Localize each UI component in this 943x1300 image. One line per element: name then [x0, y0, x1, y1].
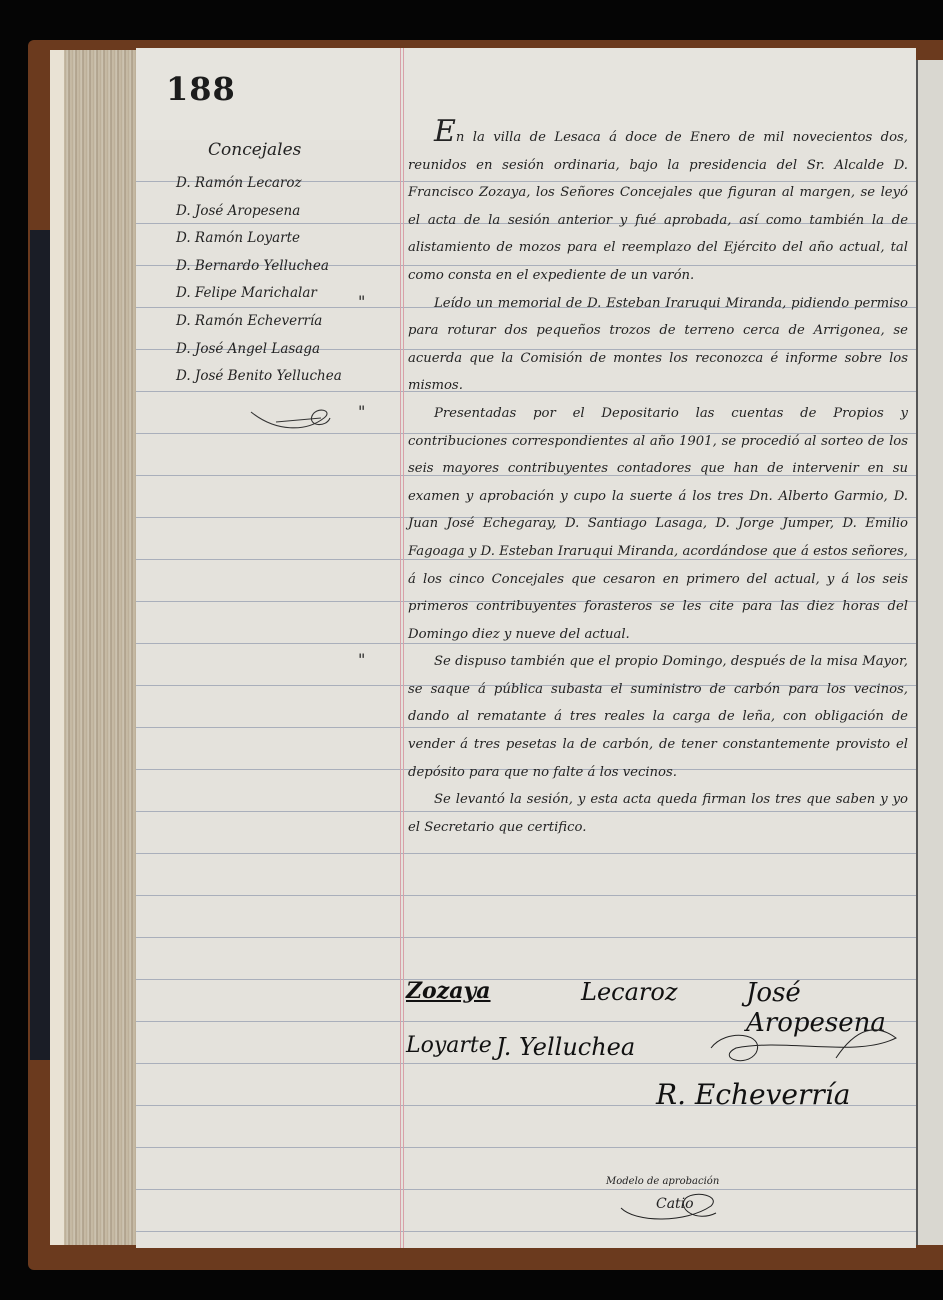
margin-rule-secondary [403, 48, 404, 1248]
council-member: D. José Benito Yelluchea [176, 363, 342, 391]
ditto-mark: " [358, 292, 365, 311]
paragraph-text: Leído un memorial de D. Esteban Iraruqui… [408, 290, 908, 400]
paragraph: Se levantó la sesión, y esta acta queda … [408, 786, 908, 841]
council-member: D. José Angel Lasaga [176, 336, 342, 364]
council-member: D. José Aropesena [176, 198, 342, 226]
ledger-page: 188 Concejales D. Ramón Lecaroz D. José … [136, 48, 916, 1248]
council-member: D. Ramón Loyarte [176, 225, 342, 253]
signature: Zozaya [406, 978, 491, 1004]
margin-rule [400, 48, 401, 1248]
approval-note: Modelo de aprobación [606, 1176, 719, 1187]
council-members-list: D. Ramón Lecaroz D. José Aropesena D. Ra… [176, 170, 342, 391]
paragraph-text: En la villa de Lesaca á doce de Enero de… [408, 118, 908, 290]
council-member: D. Bernardo Yelluchea [176, 253, 342, 281]
signature: Lecaroz [581, 978, 677, 1006]
council-member: D. Ramón Lecaroz [176, 170, 342, 198]
council-member: D. Felipe Marichalar [176, 280, 342, 308]
paragraph: En la villa de Lesaca á doce de Enero de… [408, 118, 908, 290]
paragraph: " Se dispuso también que el propio Domin… [408, 648, 908, 786]
page-edges [50, 50, 138, 1245]
paragraph-text: Se levantó la sesión, y esta acta queda … [408, 786, 908, 841]
flourish-icon [246, 404, 336, 434]
signature: J. Yelluchea [496, 1033, 635, 1061]
paragraph: " Leído un memorial de D. Esteban Iraruq… [408, 290, 908, 400]
signatures-block: Zozaya Lecaroz José Aropesena Loyarte J.… [406, 978, 916, 1128]
paragraph: " Presentadas por el Depositario las cue… [408, 400, 908, 648]
minutes-body: En la villa de Lesaca á doce de Enero de… [408, 118, 908, 841]
paragraph-text: Se dispuso también que el propio Domingo… [408, 648, 908, 786]
signature: Loyarte [406, 1033, 492, 1058]
council-member: D. Ramón Echeverría [176, 308, 342, 336]
approval-flourish-icon [616, 1188, 726, 1228]
margin-title: Concejales [208, 140, 301, 160]
signature: R. Echeverría [656, 1078, 850, 1111]
page-number: 188 [166, 70, 236, 108]
ditto-mark: " [358, 402, 365, 421]
paragraph-text: Presentadas por el Depositario las cuent… [408, 400, 908, 648]
next-page-edge [916, 60, 943, 1245]
signature-flourish-icon [706, 1018, 906, 1078]
ditto-mark: " [358, 650, 365, 669]
page-edge-lip [50, 50, 64, 1245]
